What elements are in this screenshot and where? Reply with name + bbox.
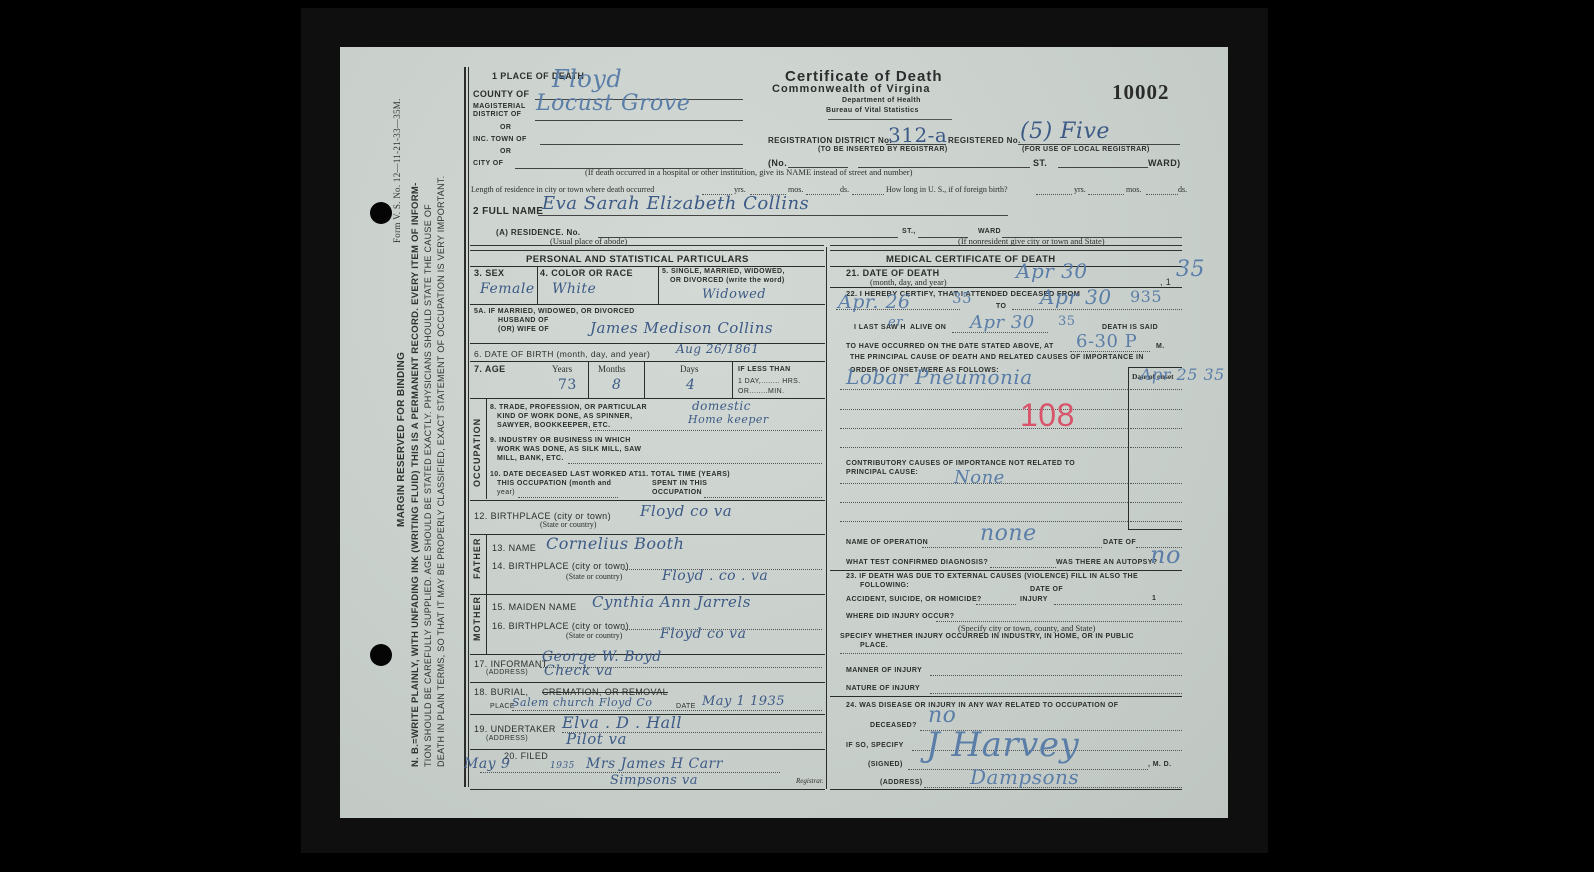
where-injury-label: WHERE DID INJURY OCCUR? — [846, 613, 954, 620]
time-of-death-value: 6-30 P — [1076, 331, 1137, 352]
burial-date-label: DATE — [676, 703, 696, 710]
residence-extra-line — [852, 194, 884, 195]
county-value: Floyd — [552, 65, 622, 93]
full-name-line — [538, 215, 1008, 216]
injury-date-line — [1054, 604, 1182, 605]
manner-of-injury-line — [930, 675, 1182, 676]
filed-year-value: 1935 — [550, 761, 575, 771]
age-label: 7. AGE — [474, 364, 506, 374]
nature-of-injury-line — [930, 693, 1182, 694]
spouse-label-2: HUSBAND OF — [498, 317, 549, 324]
foreign-yrs-label: yrs. — [1074, 185, 1086, 194]
specify-injury-label-1: SPECIFY WHETHER INJURY OCCURRED IN INDUS… — [840, 633, 1134, 640]
last-worked-label-1: 10. DATE DECEASED LAST WORKED AT — [490, 471, 638, 478]
father-name-label: 13. NAME — [492, 543, 536, 553]
street-name-line — [858, 167, 1030, 168]
age-days-value: 4 — [686, 377, 695, 393]
occupation-sidebar-border — [486, 399, 487, 499]
mother-name-value: Cynthia Ann Jarrels — [592, 593, 751, 611]
margin-instructions-3: DEATH IN PLAIN TERMS, SO THAT IT MAY BE … — [436, 176, 446, 767]
age-years-label: Years — [552, 364, 572, 374]
registrar-value: Mrs James H Carr — [586, 756, 723, 772]
physician-address-value: Dampsons — [970, 765, 1079, 789]
filed-label: 20. FILED — [504, 751, 548, 761]
injury-year-prefix: 1 — [1152, 595, 1156, 602]
personal-title-rule — [470, 266, 825, 267]
date-of-death-value: Apr 30 — [1016, 259, 1088, 283]
physician-address-label: (ADDRESS) — [880, 779, 923, 786]
mother-sidebar-label: MOTHER — [472, 596, 482, 641]
undertaker-address-label: (ADDRESS) — [486, 735, 528, 742]
form-left-border — [464, 67, 466, 787]
row-rule-7 — [470, 398, 825, 399]
where-injury-note: (Specify city or town, county, and State… — [958, 623, 1095, 633]
residence-ward-label: WARD — [978, 228, 1001, 235]
race-marital-divider — [658, 267, 659, 304]
mother-sidebar-border — [486, 595, 487, 655]
informant-address-label: (ADDRESS) — [486, 669, 528, 676]
spouse-label-1: 5A. IF MARRIED, WIDOWED, OR DIVORCED — [474, 308, 635, 315]
magisterial-label-2: DISTRICT OF — [473, 111, 521, 118]
attended-to-year: 935 — [1130, 287, 1162, 306]
residence-ds-label: ds. — [840, 185, 849, 194]
magisterial-value: Locust Grove — [536, 91, 690, 116]
trade-value-2: Home keeper — [688, 413, 769, 426]
occupation-related-label-1: 24. WAS DISEASE OR INJURY IN ANY WAY REL… — [846, 702, 1118, 709]
alive-on-year: 35 — [1058, 314, 1076, 329]
onset-line-3 — [1130, 428, 1182, 429]
row-rule-23 — [830, 696, 1182, 697]
mother-birthplace-value: Floyd co va — [660, 626, 746, 642]
personal-section-title: PERSONAL AND STATISTICAL PARTICULARS — [526, 254, 749, 265]
magisterial-line — [535, 120, 743, 121]
father-birthplace-label: 14. BIRTHPLACE (city or town) — [492, 561, 629, 571]
cause-line-2 — [840, 409, 1128, 410]
foreign-birth-label: How long in U. S., if of foreign birth? — [886, 185, 1008, 194]
mother-birthplace-sub: (State or country) — [566, 631, 622, 640]
autopsy-label: WAS THERE AN AUTOPSY? — [1056, 559, 1157, 566]
form-id: Form V. S. No. 12—11-21-33—35M. — [392, 98, 402, 243]
sex-race-divider — [537, 267, 538, 304]
informant-label: 17. INFORMANT — [474, 659, 548, 669]
dob-value: Aug 26/1861 — [676, 342, 759, 356]
principal-cause-value: Lobar Pneumonia — [846, 365, 1033, 389]
onset-line-6 — [1130, 502, 1182, 503]
cause-line-3 — [840, 428, 1128, 429]
burial-date-value: May 1 1935 — [702, 694, 785, 709]
operation-label: NAME OF OPERATION — [846, 539, 928, 546]
alive-on-label: ALIVE ON — [910, 324, 946, 331]
trade-label-3: SAWYER, BOOKKEEPER, ETC. — [497, 422, 610, 429]
less-than-label-2: 1 DAY,........ HRS. — [738, 378, 801, 385]
less-than-label-1: IF LESS THAN — [738, 366, 791, 373]
registrar-address-value: Simpsons va — [610, 773, 698, 788]
date-of-death-year-prefix: , 1 — [1160, 277, 1171, 287]
industry-label-3: MILL, BANK, ETC. — [497, 455, 564, 462]
contributory-line-1 — [840, 483, 1128, 484]
industry-label-1: 9. INDUSTRY OR BUSINESS IN WHICH — [490, 437, 631, 444]
margin-instructions-2: TION SHOULD BE CAREFULLY SUPPLIED. AGE S… — [423, 204, 433, 767]
row-rule-5 — [470, 304, 825, 305]
column-divider — [826, 247, 827, 789]
street-no-label: (No. — [768, 158, 787, 168]
coder-mark: 108 — [1020, 397, 1075, 434]
test-confirmed-line — [990, 567, 1056, 568]
row-rule-19 — [470, 749, 825, 750]
certificate-number: 10002 — [1112, 80, 1170, 105]
hospital-note: (If death occurred in a hospital or othe… — [585, 167, 912, 177]
spouse-value: James Medison Collins — [590, 319, 773, 337]
onset-line-5 — [1130, 483, 1182, 484]
registered-number-line — [1018, 144, 1180, 145]
or-1: OR — [500, 124, 511, 131]
time-m-label: M. — [1156, 343, 1165, 350]
date-of-death-year: 35 — [1176, 257, 1205, 282]
cause-line-1 — [840, 389, 1128, 390]
street-no-line — [788, 167, 848, 168]
residence-st-label: ST., — [902, 228, 916, 235]
age-divider-2 — [644, 362, 645, 398]
autopsy-value: no — [1150, 541, 1181, 569]
contributory-label-1: CONTRIBUTORY CAUSES OF IMPORTANCE NOT RE… — [846, 460, 1075, 467]
form-bottom-rule-left — [470, 789, 825, 790]
less-than-label-3: OR........MIN. — [738, 388, 784, 395]
father-name-value: Cornelius Booth — [546, 534, 684, 553]
attended-from-value: Apr. 26 — [838, 291, 911, 313]
if-so-specify-label: IF SO, SPECIFY — [846, 742, 904, 749]
mother-birthplace-label: 16. BIRTHPLACE (city or town) — [492, 621, 629, 631]
physician-signature: J Harvey — [926, 725, 1079, 765]
onset-line-2 — [1130, 409, 1182, 410]
informant-address-value: Check va — [544, 663, 613, 679]
race-value: White — [552, 281, 596, 297]
test-confirmed-label: WHAT TEST CONFIRMED DIAGNOSIS? — [846, 559, 988, 566]
registrar-label: Registrar. — [796, 777, 823, 785]
operation-value: none — [980, 521, 1037, 546]
street-label: ST. — [1033, 158, 1047, 168]
accident-label: ACCIDENT, SUICIDE, OR HOMICIDE? — [846, 596, 982, 603]
father-birthplace-value: Floyd . co . va — [662, 568, 768, 584]
state-name: Commonwealth of Virgina — [772, 83, 930, 95]
age-months-value: 8 — [612, 377, 621, 393]
attended-to-label: TO — [996, 303, 1006, 310]
age-months-label: Months — [598, 364, 626, 374]
age-divider-1 — [588, 362, 589, 398]
external-causes-label-2: FOLLOWING: — [860, 582, 909, 589]
spouse-label-3: (OR) WIFE OF — [498, 326, 549, 333]
informant-line — [540, 667, 822, 668]
trade-label-1: 8. TRADE, PROFESSION, OR PARTICULAR — [490, 404, 647, 411]
registration-district-note: (TO BE INSERTED BY REGISTRAR) — [818, 146, 948, 153]
occupation-related-label-2: DECEASED? — [870, 722, 917, 729]
age-divider-3 — [732, 362, 733, 398]
registered-number-note: (FOR USE OF LOCAL REGISTRAR) — [1022, 146, 1150, 153]
section-divider-right — [830, 245, 1182, 251]
death-certificate-page: Form V. S. No. 12—11-21-33—35M. MARGIN R… — [340, 47, 1228, 818]
county-label: COUNTY OF — [473, 89, 529, 99]
magisterial-label-1: MAGISTERIAL — [473, 103, 526, 110]
last-worked-line — [518, 497, 618, 498]
occupation-sidebar-label: OCCUPATION — [472, 418, 482, 487]
father-birthplace-sub: (State or country) — [566, 572, 622, 581]
title-rule — [828, 119, 952, 120]
marital-value: Widowed — [702, 287, 766, 302]
burial-line — [512, 710, 822, 711]
marital-label-2: OR DIVORCED (write the word) — [670, 277, 785, 284]
foreign-ds-line — [1146, 194, 1178, 195]
undertaker-line — [562, 732, 822, 733]
form-left-border-inner — [468, 67, 469, 787]
specify-injury-line — [840, 653, 1182, 654]
mother-name-label: 15. MAIDEN NAME — [492, 602, 577, 612]
row-rule-occupation — [470, 500, 825, 501]
father-sidebar-border — [486, 535, 487, 595]
foreign-yrs-line — [1036, 194, 1072, 195]
full-name-value: Eva Sarah Elizabeth Collins — [542, 193, 809, 214]
specify-injury-label-2: PLACE. — [860, 642, 888, 649]
bureau-name: Bureau of Vital Statistics — [826, 107, 919, 114]
attended-to-line — [1012, 309, 1182, 310]
onset-line-4 — [1130, 447, 1182, 448]
residence-ds-line — [806, 194, 840, 195]
department-name: Department of Health — [842, 97, 921, 104]
sex-label: 3. SEX — [474, 268, 504, 278]
punch-hole-bottom — [370, 644, 392, 666]
onset-line-1 — [1130, 389, 1182, 390]
birthplace-value: Floyd co va — [640, 502, 732, 520]
row-rule-autopsy — [830, 570, 1182, 571]
or-2: OR — [500, 148, 511, 155]
section-divider-left — [470, 245, 824, 251]
inc-town-label: INC. TOWN OF — [473, 136, 527, 143]
contributory-label-2: PRINCIPAL CAUSE: — [846, 469, 918, 476]
total-time-line — [704, 497, 822, 498]
trade-line — [590, 430, 822, 431]
residence-line — [598, 237, 898, 238]
foreign-ds-label: ds. — [1178, 185, 1187, 194]
death-said-label: DEATH IS SAID — [1102, 324, 1158, 331]
punch-hole-top — [370, 202, 392, 224]
margin-instructions-1: N. B.=WRITE PLAINLY, WITH UNFADING INK (… — [410, 182, 421, 767]
contributory-line-2 — [840, 502, 1128, 503]
principal-cause-label-1: THE PRINCIPAL CAUSE OF DEATH AND RELATED… — [850, 354, 1144, 361]
ward-line — [1058, 167, 1148, 168]
cause-line-4 — [840, 447, 1128, 448]
md-label: , M. D. — [1148, 761, 1171, 768]
medical-title-rule — [830, 266, 1182, 267]
attended-to-value: Apr 30 — [1040, 285, 1112, 309]
form-bottom-rule-right — [830, 789, 1182, 790]
registered-number-value: (5) Five — [1020, 119, 1110, 144]
total-time-label-3: OCCUPATION — [652, 489, 702, 496]
age-years-value: 73 — [558, 377, 577, 393]
onset-line-7 — [1130, 521, 1182, 522]
external-causes-label-1: 23. IF DEATH WAS DUE TO EXTERNAL CAUSES … — [846, 573, 1138, 580]
registration-district-value: 312-a — [888, 123, 947, 147]
nature-of-injury-label: NATURE OF INJURY — [846, 685, 920, 692]
date-of-onset-value: Apr 25 35 — [1140, 365, 1225, 384]
contributory-value: None — [954, 467, 1005, 488]
onset-column-bottom — [1128, 529, 1182, 530]
where-injury-line — [936, 621, 1182, 622]
father-sidebar-label: FATHER — [472, 538, 482, 579]
full-name-label: 2 FULL NAME — [473, 206, 543, 217]
last-worked-label-2: THIS OCCUPATION (month and — [497, 480, 611, 487]
alive-on-value: Apr 30 — [970, 312, 1035, 333]
onset-column-left — [1128, 367, 1129, 529]
foreign-mos-label: mos. — [1126, 185, 1141, 194]
marital-label-1: 5. SINGLE, MARRIED, WIDOWED, — [662, 268, 785, 275]
row-rule-6 — [470, 361, 825, 362]
last-worked-label-3: year) — [497, 489, 515, 496]
injury-label: INJURY — [1020, 596, 1048, 603]
manner-of-injury-label: MANNER OF INJURY — [846, 667, 922, 674]
occurred-at-label: TO HAVE OCCURRED ON THE DATE STATED ABOV… — [846, 343, 1054, 350]
margin-reserved-label: MARGIN RESERVED FOR BINDING — [396, 352, 407, 527]
attended-from-year: 35 — [952, 289, 972, 307]
ward-label: WARD) — [1148, 158, 1181, 168]
foreign-mos-line — [1088, 194, 1124, 195]
filed-date-value: May 9 — [464, 756, 510, 772]
operation-line — [922, 547, 1102, 548]
race-label: 4. COLOR OR RACE — [540, 268, 633, 278]
age-days-label: Days — [680, 364, 699, 374]
accident-line — [976, 604, 1016, 605]
row-rule-5a — [470, 343, 825, 344]
birthplace-sub: (State or country) — [540, 520, 596, 529]
registered-number-label: REGISTERED No. — [948, 136, 1021, 145]
row-rule-17 — [470, 682, 825, 683]
dob-label: 6. DATE OF BIRTH (month, day, and year) — [474, 349, 650, 359]
total-time-label-2: SPENT IN THIS — [652, 480, 707, 487]
registration-district-label: REGISTRATION DISTRICT No. — [768, 136, 892, 145]
city-label: CITY OF — [473, 160, 503, 167]
burial-place-value: Salem church Floyd Co — [512, 696, 652, 709]
date-of-death-sub: (month, day, and year) — [870, 277, 947, 287]
undertaker-label: 19. UNDERTAKER — [474, 724, 556, 734]
inc-town-line — [540, 144, 743, 145]
trade-label-2: KIND OF WORK DONE, AS SPINNER, — [497, 413, 632, 420]
date-of-injury-label: DATE OF — [1030, 586, 1063, 593]
operation-date-label: DATE OF — [1103, 539, 1136, 546]
industry-label-2: WORK WAS DONE, AS SILK MILL, SAW — [497, 446, 641, 453]
total-time-label-1: 11. TOTAL TIME (YEARS) — [638, 471, 730, 478]
trade-value-1: domestic — [692, 399, 751, 413]
industry-line — [568, 463, 822, 464]
sex-value: Female — [480, 281, 535, 297]
signed-label: (SIGNED) — [868, 761, 903, 768]
last-saw-pronoun: er — [888, 315, 903, 330]
